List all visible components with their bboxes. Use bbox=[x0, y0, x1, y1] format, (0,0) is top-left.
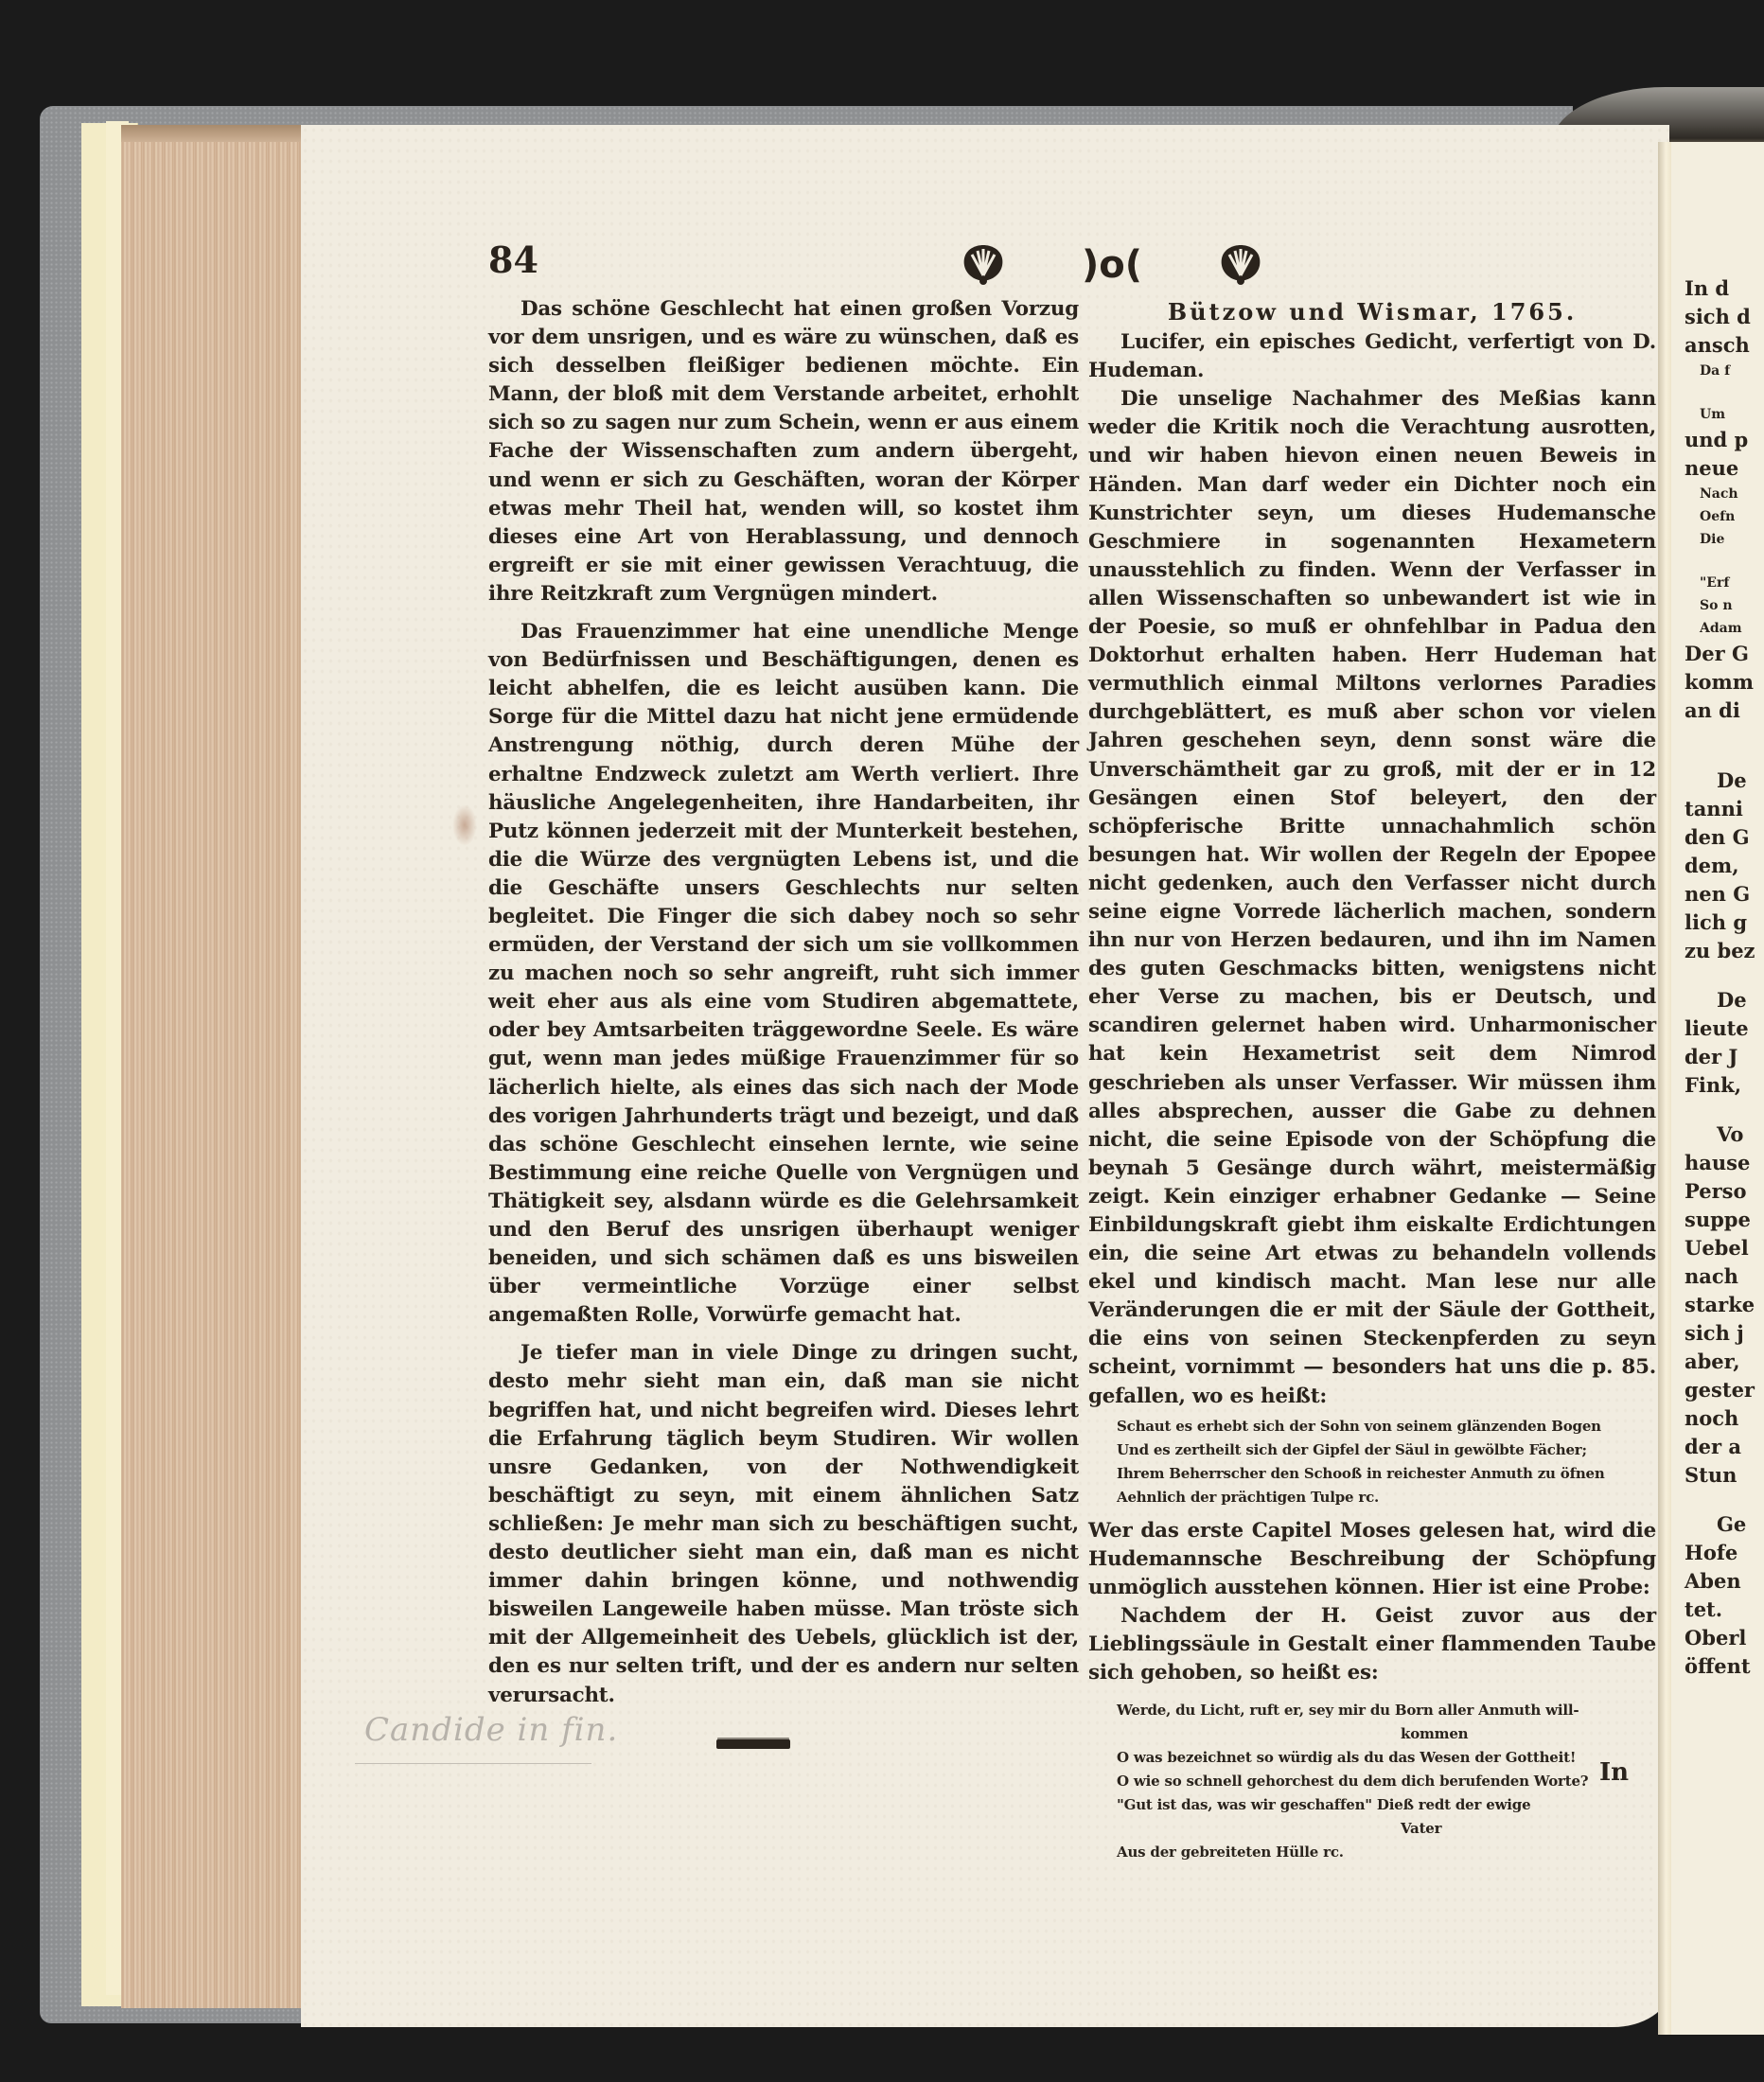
text-line: noch bbox=[1685, 1404, 1764, 1433]
paragraph: Nachdem der H. Geist zuvor aus der Liebl… bbox=[1088, 1602, 1656, 1687]
text-line: Adam bbox=[1685, 617, 1764, 640]
paragraph: Die unselige Nachahmer des Meßias kann w… bbox=[1088, 385, 1656, 1410]
text-line: Um bbox=[1685, 403, 1764, 426]
verse-line: kommen bbox=[1117, 1722, 1656, 1746]
verse-line: Und es zertheilt sich der Gipfel der Säu… bbox=[1117, 1438, 1656, 1462]
text-line: suppe bbox=[1685, 1206, 1764, 1234]
text-line: neue bbox=[1685, 454, 1764, 483]
verse-line: Ihrem Beherrscher den Schooß in reichest… bbox=[1117, 1462, 1656, 1486]
header-ornaments: )o( bbox=[961, 237, 1263, 293]
verse-line: "Gut ist das, was wir geschaffen" Dieß r… bbox=[1117, 1793, 1656, 1817]
text-line: De bbox=[1685, 986, 1764, 1015]
text-line: aber, bbox=[1685, 1348, 1764, 1376]
text-line: Da f bbox=[1685, 360, 1764, 382]
verse-line: Vater bbox=[1117, 1817, 1656, 1841]
text-line: nach bbox=[1685, 1262, 1764, 1291]
right-column: Bützow und Wismar, 1765. Lucifer, ein ep… bbox=[1088, 298, 1656, 1864]
text-line: starke bbox=[1685, 1291, 1764, 1319]
text-line: Hofe bbox=[1685, 1539, 1764, 1567]
section-end-rule bbox=[716, 1739, 790, 1749]
text-line: Die bbox=[1685, 528, 1764, 551]
text-line: ansch bbox=[1685, 331, 1764, 360]
text-line: öffent bbox=[1685, 1652, 1764, 1681]
page-number: 84 bbox=[488, 238, 538, 281]
paragraph: Wer das erste Capitel Moses gelesen hat,… bbox=[1088, 1517, 1656, 1602]
text-line: Der G bbox=[1685, 640, 1764, 668]
text-line: De bbox=[1685, 767, 1764, 795]
verse-line: O wie so schnell gehorchest du dem dich … bbox=[1117, 1770, 1656, 1793]
verse-quote: Schaut es erhebt sich der Sohn von seine… bbox=[1088, 1415, 1656, 1509]
verse-line: Schaut es erhebt sich der Sohn von seine… bbox=[1117, 1415, 1656, 1438]
paragraph: Je tiefer man in viele Dinge zu dringen … bbox=[488, 1339, 1079, 1709]
pencil-underline bbox=[355, 1763, 591, 1764]
text-line: sich j bbox=[1685, 1319, 1764, 1348]
text-line: Ge bbox=[1685, 1510, 1764, 1539]
text-line: an di bbox=[1685, 697, 1764, 725]
text-line: lich g bbox=[1685, 909, 1764, 937]
text-line: In d bbox=[1685, 274, 1764, 303]
text-line: Uebel bbox=[1685, 1234, 1764, 1262]
text-line: sich d bbox=[1685, 303, 1764, 331]
text-line: und p bbox=[1685, 426, 1764, 454]
paragraph: Das Frauenzimmer hat eine unendliche Men… bbox=[488, 618, 1079, 1330]
verse-line: Werde, du Licht, ruft er, sey mir du Bor… bbox=[1117, 1699, 1656, 1722]
page-fore-edge bbox=[121, 125, 309, 2008]
text-line: komm bbox=[1685, 668, 1764, 697]
paragraph: Das schöne Geschlecht hat einen großen V… bbox=[488, 295, 1079, 609]
verse-quote: Werde, du Licht, ruft er, sey mir du Bor… bbox=[1088, 1699, 1656, 1864]
right-page-lines: In d sich d ansch Da f Um und p neue Nac… bbox=[1685, 274, 1764, 1681]
pencil-annotation: Candide in fin. bbox=[364, 1711, 618, 1749]
review-title: Lucifer, ein episches Gedicht, verfertig… bbox=[1088, 328, 1656, 385]
text-line: hause bbox=[1685, 1149, 1764, 1177]
text-line: zu bez bbox=[1685, 937, 1764, 965]
text-line: Perso bbox=[1685, 1177, 1764, 1206]
left-column: Das schöne Geschlecht hat einen großen V… bbox=[488, 295, 1079, 1720]
text-line: tet. bbox=[1685, 1596, 1764, 1624]
catchword: In bbox=[1599, 1758, 1629, 1787]
text-line: der J bbox=[1685, 1043, 1764, 1071]
text-line: Vo bbox=[1685, 1120, 1764, 1149]
shell-ornament-icon bbox=[961, 243, 1006, 287]
place-heading: Bützow und Wismar, 1765. bbox=[1088, 298, 1656, 326]
text-line: der a bbox=[1685, 1433, 1764, 1461]
text-line: gester bbox=[1685, 1376, 1764, 1404]
header-separator: )o( bbox=[1082, 243, 1142, 287]
text-line: "Erf bbox=[1685, 572, 1764, 594]
text-line: So n bbox=[1685, 594, 1764, 617]
book-gutter bbox=[1658, 142, 1671, 2035]
text-line: lieute bbox=[1685, 1015, 1764, 1043]
verse-line: O was bezeichnet so würdig als du das We… bbox=[1117, 1746, 1656, 1770]
right-page-fragment: In d sich d ansch Da f Um und p neue Nac… bbox=[1671, 142, 1764, 2035]
shell-ornament-icon bbox=[1218, 243, 1263, 287]
text-line: Aben bbox=[1685, 1567, 1764, 1596]
text-line: nen G bbox=[1685, 880, 1764, 909]
text-line: Stun bbox=[1685, 1461, 1764, 1490]
paper-stain bbox=[452, 804, 477, 846]
text-line: tanni bbox=[1685, 795, 1764, 823]
text-line: dem, bbox=[1685, 852, 1764, 880]
text-line: Nach bbox=[1685, 483, 1764, 505]
text-line: Fink, bbox=[1685, 1071, 1764, 1100]
text-line: Oberl bbox=[1685, 1624, 1764, 1652]
text-line: Oefn bbox=[1685, 505, 1764, 528]
verse-line: Aus der gebreiteten Hülle rc. bbox=[1117, 1841, 1656, 1864]
text-line: den G bbox=[1685, 823, 1764, 852]
verse-line: Aehnlich der prächtigen Tulpe rc. bbox=[1117, 1486, 1656, 1509]
